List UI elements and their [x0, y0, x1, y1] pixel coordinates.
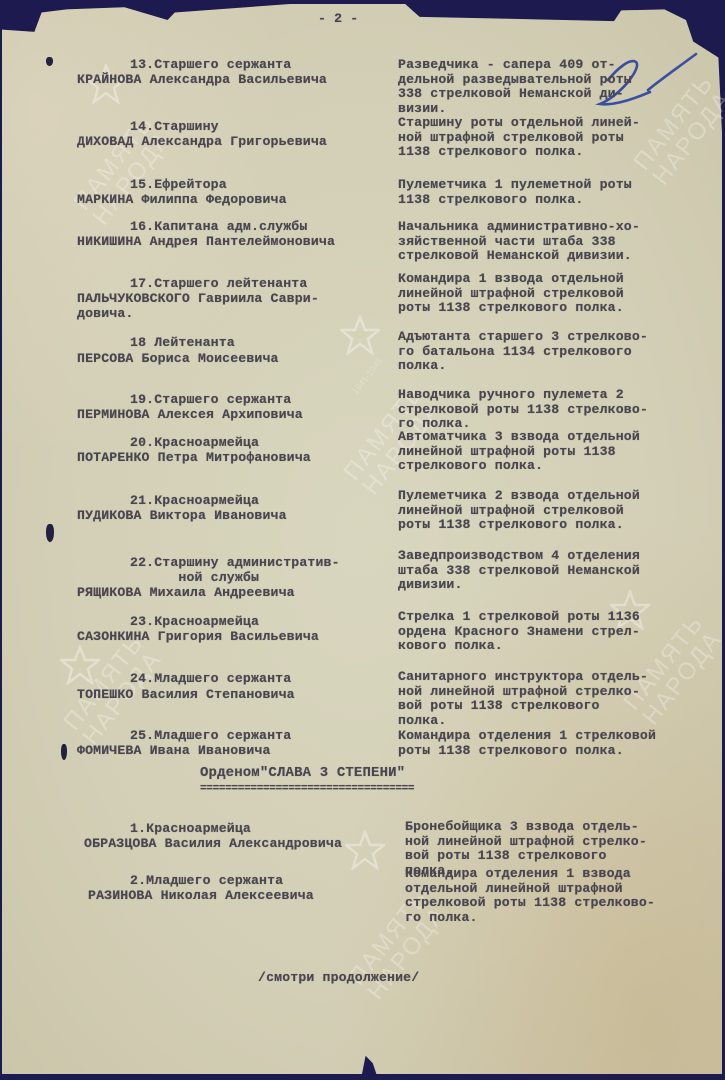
continuation-note: /смотри продолжение/	[258, 971, 419, 986]
section-heading-order-of-glory: Орденом"СЛАВА 3 СТЕПЕНИ"	[200, 766, 405, 781]
entry-21-title: 21.Красноармейца	[130, 494, 259, 509]
entry-13-name: КРАЙНОВА Александра Васильевича	[77, 73, 327, 88]
scanned-document: ПАМЯТЬ НАРОДА 1941-1945 ПАМЯТЬ НАРОДА ПА…	[0, 0, 725, 1080]
entry-15-title: 15.Ефрейтора	[130, 178, 227, 193]
entry-15-name: МАРКИНА Филиппа Федоровича	[77, 193, 287, 208]
entry-21-name: ПУДИКОВА Виктора Ивановича	[77, 509, 287, 524]
entry-15-description: Пулеметчика 1 пулеметной роты 1138 стрел…	[398, 178, 716, 207]
entry-13-title: 13.Старшего сержанта	[130, 58, 291, 73]
entry-24-description: Санитарного инструктора отдель- ной лине…	[398, 670, 716, 728]
entry-25-name: ФОМИЧЕВА Ивана Ивановича	[77, 744, 271, 759]
entry-25-description: Командира отделения 1 стрелковой роты 11…	[398, 729, 716, 758]
entry-14-description: Старшину роты отдельной линей- ной штраф…	[398, 116, 716, 160]
entry-19-name: ПЕРМИНОВА Алексея Архиповича	[77, 408, 303, 423]
entry-17-name: ПАЛЬЧУКОВСКОГО Гавриила Саври- довича.	[77, 292, 319, 321]
entry-22-title: 22.Старшину административ- ной службы	[130, 556, 340, 585]
entry-24-name: ТОПЕШКО Василия Степановича	[77, 688, 295, 703]
entry-25-title: 25.Младшего сержанта	[130, 729, 291, 744]
glory-entry-1-name: ОБРАЗЦОВА Василия Александровича	[84, 837, 342, 852]
entry-16-description: Начальника административно-хо- зяйственн…	[398, 220, 716, 264]
glory-entry-2-name: РАЗИНОВА Николая Алексеевича	[88, 889, 314, 904]
margin-mark	[46, 524, 54, 542]
entry-20-title: 20.Красноармейца	[130, 436, 259, 451]
glory-entry-2-title: 2.Младшего сержанта	[130, 874, 283, 889]
entry-22-description: Заведпроизводством 4 отделения штаба 338…	[398, 549, 716, 593]
entry-22-name: РЯЩИКОВА Михаила Андреевича	[77, 586, 295, 601]
entry-20-name: ПОТАРЕНКО Петра Митрофановича	[77, 451, 311, 466]
entry-20-description: Автоматчика 3 взвода отдельной линейной …	[398, 430, 716, 474]
entry-19-title: 19.Старшего сержанта	[130, 393, 291, 408]
page-number: - 2 -	[318, 12, 358, 27]
entry-13-description: Разведчика - сапера 409 от- дельной разв…	[398, 58, 716, 116]
entry-18-description: Адъютанта старшего 3 стрелково- го батал…	[398, 330, 716, 374]
entry-17-description: Командира 1 взвода отдельной линейной шт…	[398, 272, 716, 316]
entry-18-title: 18 Лейтенанта	[130, 336, 235, 351]
entry-14-name: ДИХОВАД Александра Григорьевича	[77, 135, 327, 150]
entry-16-title: 16.Капитана адм.службы	[130, 220, 307, 235]
entry-21-description: Пулеметчика 2 взвода отдельной линейной …	[398, 489, 716, 533]
entry-16-name: НИКИШИНА Андрея Пантелеймоновича	[77, 235, 335, 250]
entry-23-name: САЗОНКИНА Григория Васильевича	[77, 630, 319, 645]
entry-19-description: Наводчика ручного пулемета 2 стрелковой …	[398, 388, 716, 432]
glory-entry-2-description: Командира отделения 1 взвода отдельной л…	[405, 867, 723, 925]
entry-24-title: 24.Младшего сержанта	[130, 672, 291, 687]
glory-entry-1-title: 1.Красноармейца	[130, 822, 251, 837]
entry-17-title: 17.Старшего лейтенанта	[130, 277, 307, 292]
entry-18-name: ПЕРСОВА Бориса Моисеевича	[77, 352, 279, 367]
entry-14-title: 14.Старшину	[130, 120, 219, 135]
entry-23-title: 23.Красноармейца	[130, 615, 259, 630]
entry-23-description: Стрелка 1 стрелковой роты 1136 ордена Кр…	[398, 610, 716, 654]
section-underline: ==================================	[200, 782, 414, 797]
margin-mark	[46, 57, 53, 66]
margin-mark	[61, 744, 67, 760]
